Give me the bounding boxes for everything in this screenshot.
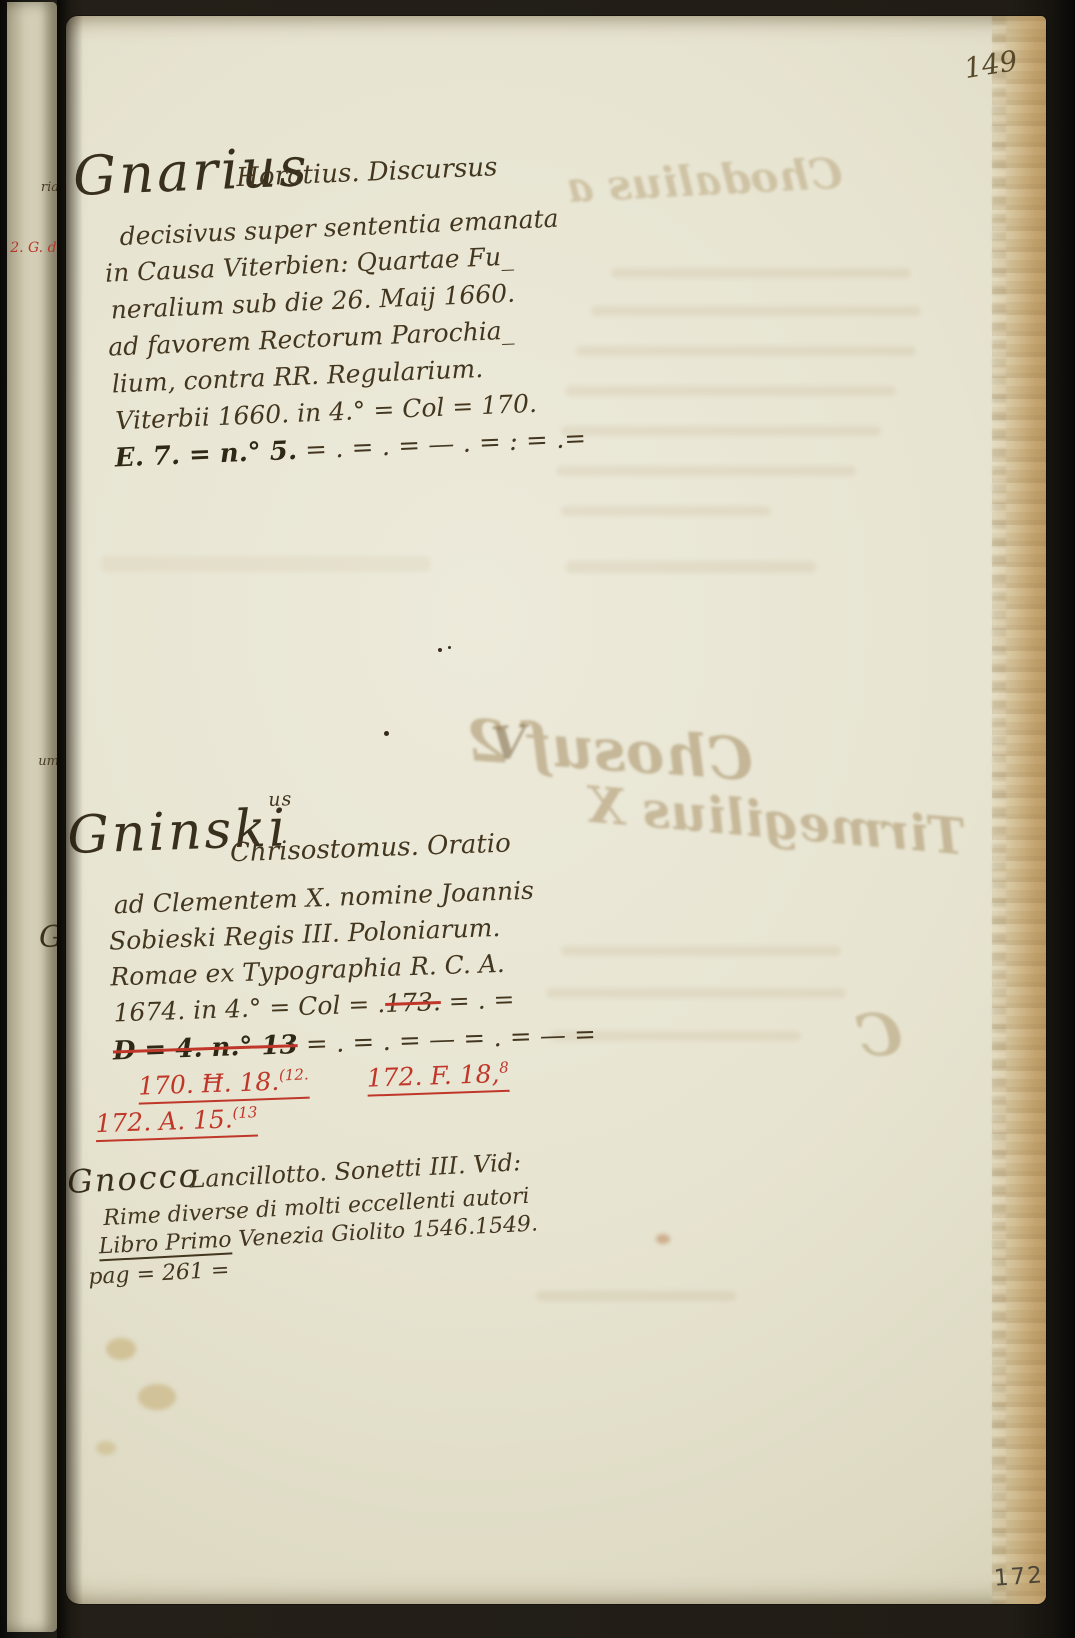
margin-fragment: ria [41,180,57,195]
bleedthrough-letter: C [854,1000,904,1070]
stain [96,1441,116,1455]
bleedthrough-line [611,268,911,278]
red-reference: 172. A. 15.(13 [95,1104,258,1143]
binding-gutter-shadow [57,0,83,1638]
entry-imprint-line: 1674. in 4.° = Col = .173. = . = [113,984,515,1027]
catalog-page: 149 Chodalius a V Chosuf 2 Tirmegilius X… [66,16,1046,1604]
imprint-struck-value: 173. [385,987,442,1018]
entry-headword-superscript: us [268,788,293,811]
bleedthrough-line [556,466,856,476]
entry-line: Sobieski Regis III. Poloniarum. [109,913,501,956]
entry-line: pag = 261 = [88,1258,230,1290]
margin-fragment-red: 2. G. d. [10,240,57,256]
shelfmark-dashes: = . = . = — = . = — = [305,1020,596,1060]
red-reference-gap [317,1087,359,1088]
bleedthrough-line [536,1291,736,1301]
ink-speck [448,646,451,649]
catalog-entry-gninski: Gninski us Chrisostomus. Oratio ad Cleme… [66,778,598,1156]
imprint-pre: 1674. in 4.° = Col = . [113,989,386,1027]
manuscript-scan: ria 2. G. d. um G 149 Chodalius a V Chos… [0,0,1075,1638]
bleedthrough-line [591,306,921,316]
catalog-entry-gnarius: Gnarius Horatius. Discursus decisivus su… [72,129,586,500]
red-reference-line: 172. A. 15.(13 [95,1104,258,1139]
red-reference-sup: (12. [279,1066,309,1085]
red-reference-line: 170. Ħ. 18.(12. 172. F. 18,8 [138,1059,510,1101]
entry-line: lium, contra RR. Regularium. [111,354,483,399]
ink-speck [384,731,389,736]
shelfmark-dashes: = . = . = — . = : = .= [305,424,587,466]
stain [106,1338,136,1360]
previous-page-edge: ria 2. G. d. um G [7,2,57,1632]
margin-fragment: um [38,754,57,769]
deckle-edge-fibers [992,16,1006,1604]
margin-fragment: G [39,920,57,955]
red-reference-text: 172. F. 18, [366,1059,500,1093]
bleedthrough-line [561,946,841,956]
bleedthrough-line [566,386,896,396]
underlined-text: Libro Primo [98,1227,232,1261]
bleedthrough-line [566,561,816,573]
entry-line: Romae ex Typographia R. C. A. [110,949,505,992]
entry-headword: Gnocco [67,1159,201,1198]
pencil-page-number: 172 [993,1562,1045,1591]
red-reference-text: 170. Ħ. 18. [138,1067,280,1101]
bleedthrough-text: Chodalius a [565,149,844,212]
catalog-entry-gnocco: Gnocco Lancillotto. Sonetti III. Vid: Ri… [66,1131,553,1306]
ink-speck [438,648,442,652]
imprint-post: = . = [440,984,515,1016]
bleedthrough-line [101,556,431,572]
stain [656,1234,670,1244]
entry-line: ad Clementem X. nomine Joannis [113,876,534,920]
red-reference-sup: 8 [499,1059,509,1077]
red-reference-sup: (13 [232,1104,258,1123]
bleedthrough-text: Tirmegilius X [584,775,968,867]
shelfmark: D = 4. n.° 13 [112,1030,298,1066]
bleedthrough-line [561,426,881,436]
red-reference: 170. Ħ. 18.(12. [138,1066,310,1105]
bleedthrough-line [561,506,771,516]
shelfmark: E. 7. = n.° 5. [114,436,297,474]
red-reference-text: 172. A. 15. [95,1105,233,1139]
red-reference: 172. F. 18,8 [366,1059,509,1097]
stain [138,1384,176,1410]
entry-shelfmark-line: D = 4. n.° 13 = . = . = — = . = — = [112,1020,596,1067]
bleedthrough-line [576,346,916,356]
